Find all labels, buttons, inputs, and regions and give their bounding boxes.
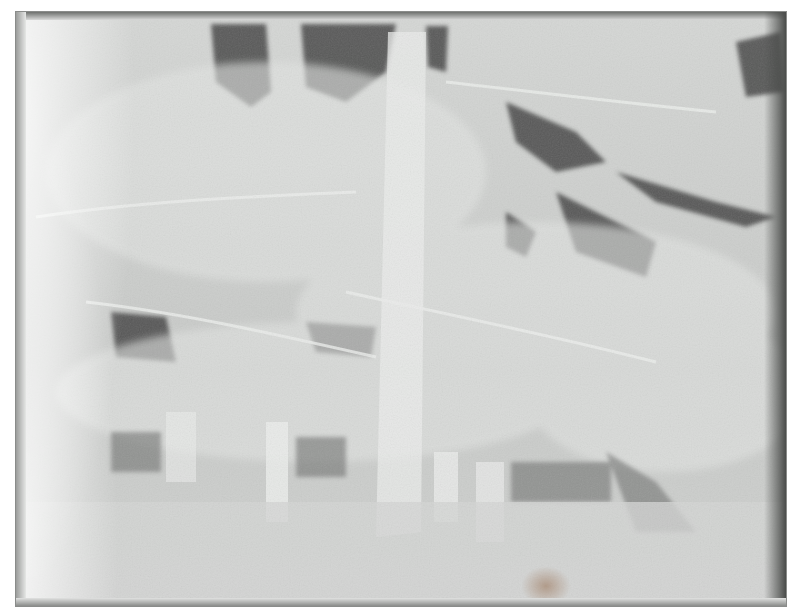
plate-glare <box>16 12 136 606</box>
plate-top-edge <box>16 12 786 20</box>
glass-plate-negative <box>16 12 786 606</box>
plate-right-edge <box>764 12 786 606</box>
plate-bottom-edge <box>16 598 786 606</box>
plate-left-edge <box>16 12 26 606</box>
